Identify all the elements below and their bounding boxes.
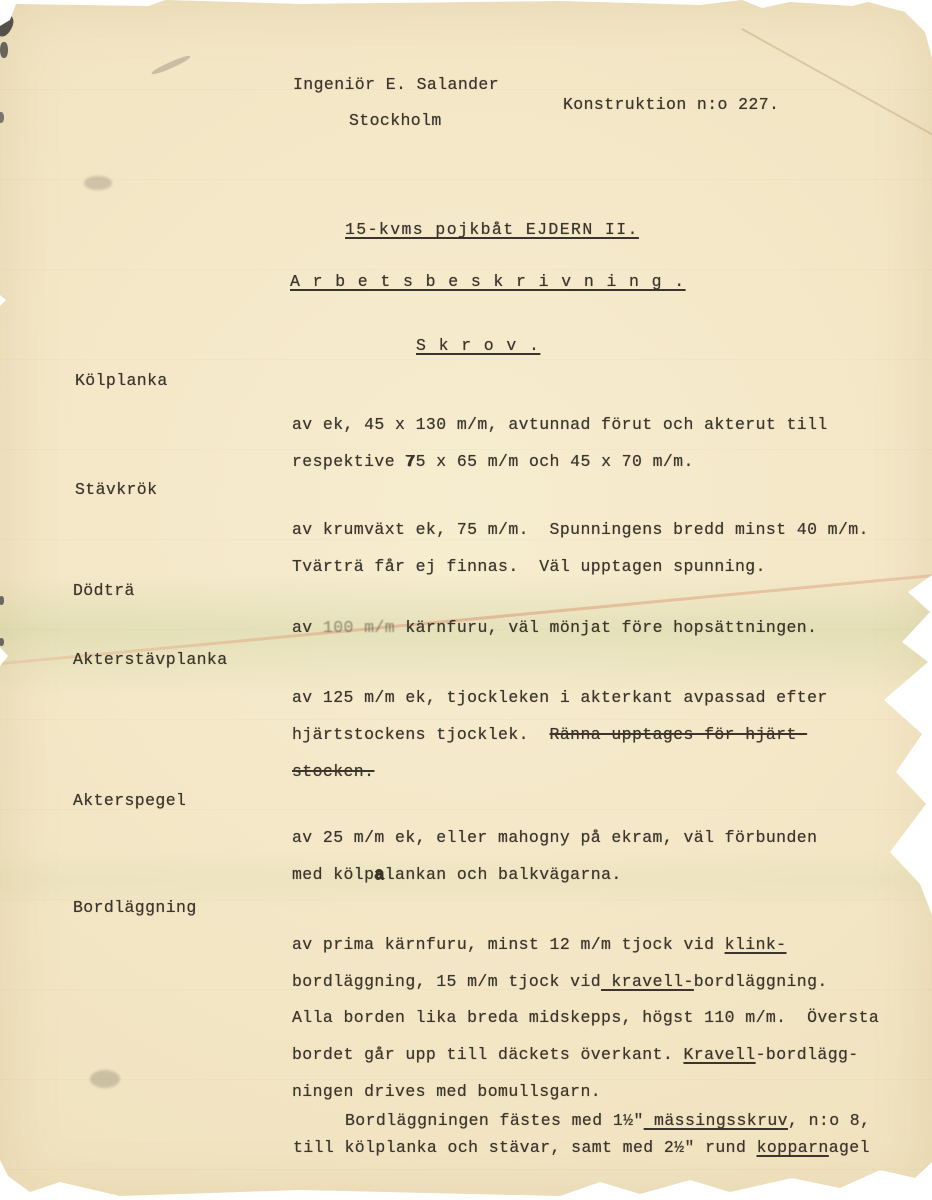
body-text: bordläggning, 15 m/m tjock vid xyxy=(292,972,601,991)
author-text: Ingeniör E. Salander xyxy=(293,75,499,94)
body-text: till kölplanka och stävar, samt med 2½" … xyxy=(293,1138,757,1157)
body-text: Alla borden lika breda midskepps, högst … xyxy=(292,1008,879,1027)
underlined-text: Kravell xyxy=(683,1045,755,1064)
tear-spot xyxy=(0,42,8,58)
margin-label-kolplanka: Kölplanka xyxy=(75,371,168,391)
pencil-smudge xyxy=(84,176,112,190)
label-text: Dödträ xyxy=(73,581,135,600)
underlined-text: klink- xyxy=(725,935,787,954)
tear-spot xyxy=(0,638,4,646)
margin-label-akterspegel: Akterspegel xyxy=(73,791,186,811)
body-text: lankan och balkvägarna. xyxy=(385,865,622,884)
body-line: stocken. xyxy=(292,762,374,782)
body-line: av 100 m/m kärnfuru, väl mönjat före hop… xyxy=(292,618,817,638)
tear-spot xyxy=(0,112,4,123)
body-text: av ek, 45 x 130 m/m, avtunnad förut och … xyxy=(292,415,828,434)
document-subtitle: A r b e t s b e s k r i v n i n g . xyxy=(290,272,686,292)
body-text: Tvärträ får ej finnas. Väl upptagen spun… xyxy=(292,557,766,576)
document-subtitle-text: A r b e t s b e s k r i v n i n g . xyxy=(290,272,686,291)
body-line: av krumväxt ek, 75 m/m. Spunningens bred… xyxy=(292,520,869,540)
construction-number-text: Konstruktion n:o 227. xyxy=(563,95,779,114)
body-line: Alla borden lika breda midskepps, högst … xyxy=(292,1008,879,1028)
tear-spot xyxy=(0,12,17,39)
body-line: bordet går upp till däckets överkant. Kr… xyxy=(292,1045,859,1065)
body-text: av 125 m/m ek, tjockleken i akterkant av… xyxy=(292,688,828,707)
body-text: hjärtstockens tjocklek. xyxy=(292,725,550,744)
label-text: Kölplanka xyxy=(75,371,168,390)
letterhead-author: Ingeniör E. Salander xyxy=(293,75,499,95)
tear-spot xyxy=(0,596,4,605)
body-line: av prima kärnfuru, minst 12 m/m tjock vi… xyxy=(292,935,786,955)
body-text: respektive xyxy=(292,452,405,471)
label-text: Akterspegel xyxy=(73,791,186,810)
construction-number: Konstruktion n:o 227. xyxy=(563,95,779,115)
margin-label-dodtra: Dödträ xyxy=(73,581,135,601)
body-text: 5 x 65 m/m och 45 x 70 m/m. xyxy=(416,452,694,471)
label-text: Bordläggning xyxy=(73,898,197,917)
struck-text: Ränna upptages för hjärt- xyxy=(550,725,808,744)
body-text: Bordläggningen fästes med 1½" xyxy=(345,1111,644,1130)
body-line: bordläggning, 15 m/m tjock vid kravell-b… xyxy=(292,972,828,992)
underlined-text: kravell- xyxy=(601,972,694,991)
body-text: , n:o 8, xyxy=(788,1111,870,1130)
body-line: Bordläggningen fästes med 1½" mässingssk… xyxy=(345,1111,870,1131)
document-title-text: 15-kvms pojkbåt EJDERN II. xyxy=(345,220,639,239)
body-text: bordet går upp till däckets överkant. xyxy=(292,1045,683,1064)
body-line: av 125 m/m ek, tjockleken i akterkant av… xyxy=(292,688,828,708)
tear-spot xyxy=(151,54,192,77)
body-line: hjärtstockens tjocklek. Ränna upptages f… xyxy=(292,725,807,745)
body-text: av krumväxt ek, 75 m/m. Spunningens bred… xyxy=(292,520,869,539)
body-text: av prima kärnfuru, minst 12 m/m tjock vi… xyxy=(292,935,725,954)
body-line: med kölpalankan och balkvägarna. xyxy=(292,865,622,885)
body-line: ningen drives med bomullsgarn. xyxy=(292,1082,601,1102)
margin-label-akterstavplanka: Akterstävplanka xyxy=(73,650,228,670)
body-text: agel xyxy=(829,1138,870,1157)
body-text: av 25 m/m ek, eller mahogny på ekram, vä… xyxy=(292,828,817,847)
section-heading: S k r o v . xyxy=(416,336,540,356)
city-text: Stockholm xyxy=(349,111,442,130)
body-text: av xyxy=(292,618,323,637)
label-text: Stävkrök xyxy=(75,480,157,499)
overtyped-text: 7 xyxy=(405,452,415,471)
margin-label-stavkrok: Stävkrök xyxy=(75,480,157,500)
scanned-document: Ingeniör E. Salander Stockholm Konstrukt… xyxy=(0,0,932,1200)
body-text: bordläggning. xyxy=(694,972,828,991)
body-text: kärnfuru, väl mönjat före hopsättningen. xyxy=(395,618,817,637)
body-line: respektive 75 x 65 m/m och 45 x 70 m/m. xyxy=(292,452,694,472)
section-heading-text: S k r o v . xyxy=(416,336,540,355)
faded-text: 100 m/m xyxy=(323,618,395,637)
underlined-text: mässingsskruv xyxy=(644,1111,788,1130)
body-line: av ek, 45 x 130 m/m, avtunnad förut och … xyxy=(292,415,828,435)
struck-text: stocken. xyxy=(292,762,374,781)
body-text: ningen drives med bomullsgarn. xyxy=(292,1082,601,1101)
body-line: till kölplanka och stävar, samt med 2½" … xyxy=(293,1138,870,1158)
body-line: av 25 m/m ek, eller mahogny på ekram, vä… xyxy=(292,828,817,848)
body-text: -bordlägg- xyxy=(756,1045,859,1064)
pencil-smudge xyxy=(90,1070,120,1088)
body-line: Tvärträ får ej finnas. Väl upptagen spun… xyxy=(292,557,766,577)
body-text: med kölp xyxy=(292,865,374,884)
margin-label-bordlaggning: Bordläggning xyxy=(73,898,197,918)
letterhead-city: Stockholm xyxy=(349,111,442,131)
underlined-text: kopparn xyxy=(757,1138,829,1157)
label-text: Akterstävplanka xyxy=(73,650,228,669)
overtyped-text: a xyxy=(374,865,384,884)
document-title: 15-kvms pojkbåt EJDERN II. xyxy=(345,220,639,240)
paper-sheet: Ingeniör E. Salander Stockholm Konstrukt… xyxy=(0,0,932,1200)
